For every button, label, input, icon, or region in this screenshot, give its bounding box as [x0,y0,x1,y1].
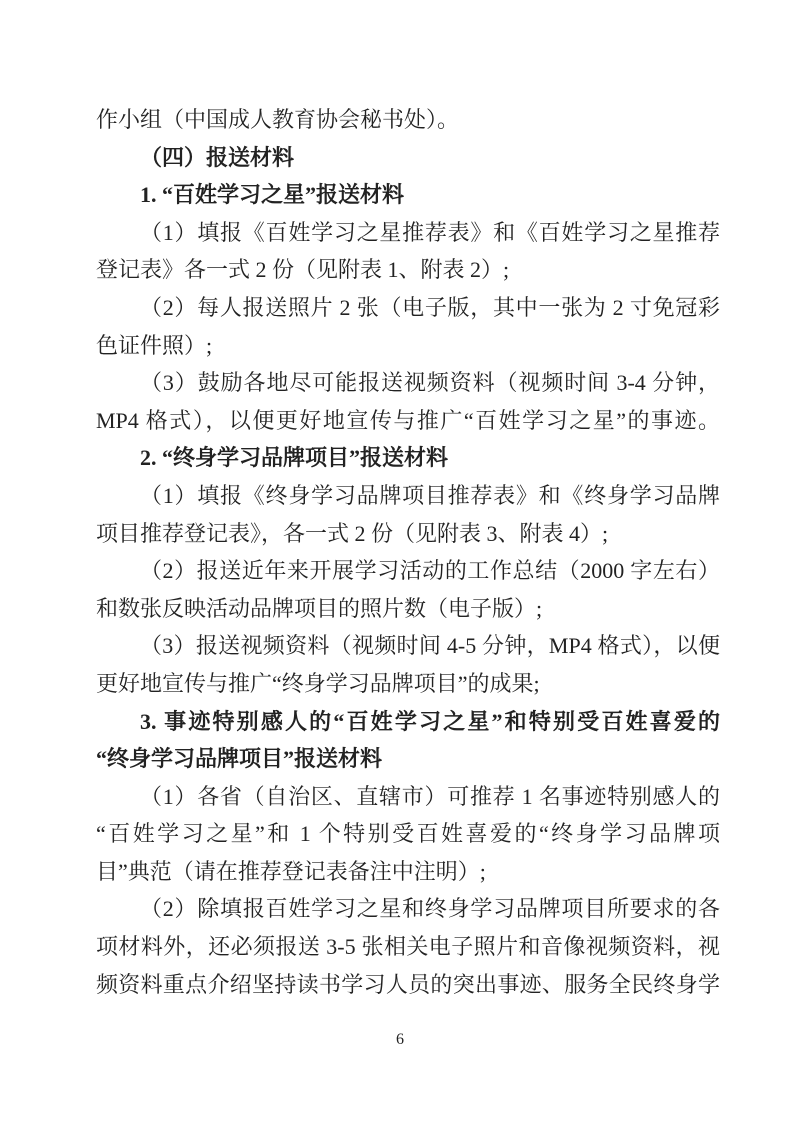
text-line: 项目推荐登记表》，各一式 2 份（见附表 3、附表 4）; [96,515,720,553]
text-line: 登记表》各一式 2 份（见附表 1、附表 2）; [96,251,720,289]
text-line: （3）报送视频资料（视频时间 4-5 分钟，MP4 格式），以便 [96,627,720,665]
text-line: （四）报送材料 [96,139,720,177]
text-line: “终身学习品牌项目”报送材料 [96,740,720,778]
text-line: （2）除填报百姓学习之星和终身学习品牌项目所要求的各 [96,890,720,928]
document-body: 作小组（中国成人教育协会秘书处）。（四）报送材料1. “百姓学习之星”报送材料（… [96,101,720,1003]
text-line: 1. “百姓学习之星”报送材料 [96,176,720,214]
text-line: 色证件照）; [96,327,720,365]
text-line: 项材料外，还必须报送 3-5 张相关电子照片和音像视频资料，视 [96,928,720,966]
text-line: 目”典范（请在推荐登记表备注中注明）; [96,853,720,891]
document-page: 作小组（中国成人教育协会秘书处）。（四）报送材料1. “百姓学习之星”报送材料（… [0,0,800,1131]
text-line: “百姓学习之星”和 1 个特别受百姓喜爱的“终身学习品牌项 [96,815,720,853]
page-number: 6 [0,1028,800,1052]
text-line: （1）各省（自治区、直辖市）可推荐 1 名事迹特别感人的 [96,778,720,816]
text-line: 3. 事迹特别感人的“百姓学习之星”和特别受百姓喜爱的 [96,703,720,741]
text-line: （2）报送近年来开展学习活动的工作总结（2000 字左右） [96,552,720,590]
text-line: 2. “终身学习品牌项目”报送材料 [96,439,720,477]
text-line: （2）每人报送照片 2 张（电子版，其中一张为 2 寸免冠彩 [96,289,720,327]
text-line: （1）填报《百姓学习之星推荐表》和《百姓学习之星推荐 [96,214,720,252]
text-line: 频资料重点介绍坚持读书学习人员的突出事迹、服务全民终身学 [96,966,720,1004]
text-line: （1）填报《终身学习品牌项目推荐表》和《终身学习品牌 [96,477,720,515]
text-line: MP4 格式），以便更好地宣传与推广“百姓学习之星”的事迹。 [96,402,720,440]
text-line: 作小组（中国成人教育协会秘书处）。 [96,101,720,139]
text-line: （3）鼓励各地尽可能报送视频资料（视频时间 3-4 分钟， [96,364,720,402]
text-line: 更好地宣传与推广“终身学习品牌项目”的成果; [96,665,720,703]
text-line: 和数张反映活动品牌项目的照片数（电子版）; [96,590,720,628]
